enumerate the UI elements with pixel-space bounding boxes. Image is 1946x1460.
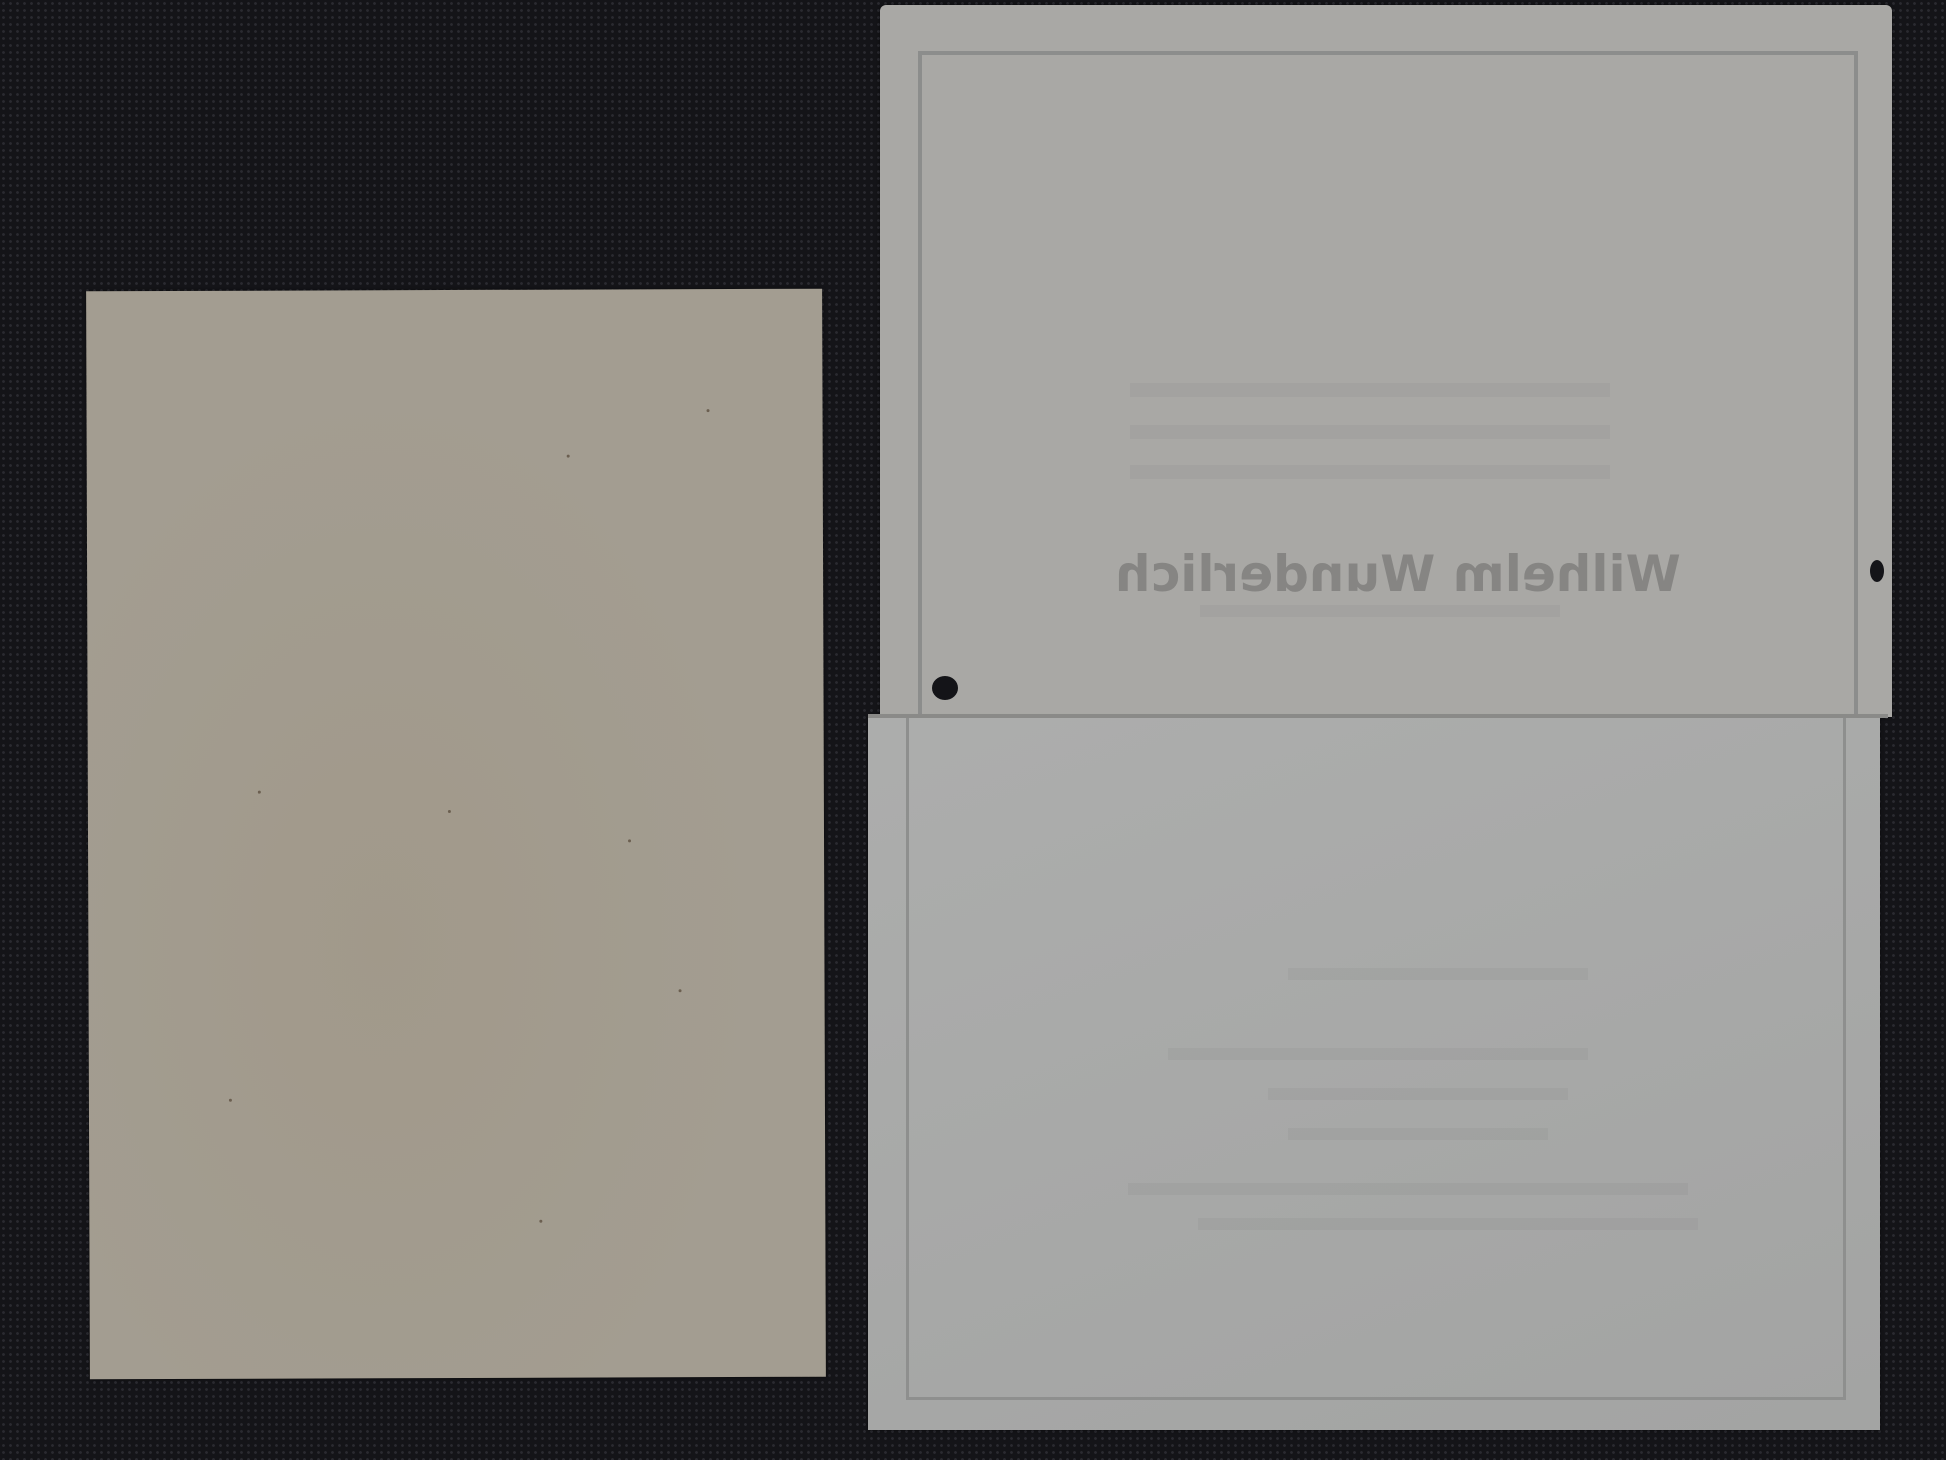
right-sheet-bottom-half <box>868 718 1880 1430</box>
right-sheet-top-half: Wilhelm Wunderlich <box>880 5 1892 717</box>
speck <box>628 839 631 842</box>
show-through-line <box>1268 1088 1568 1100</box>
speck <box>448 810 451 813</box>
show-through-line <box>1198 1218 1698 1230</box>
show-through-line <box>1128 1183 1688 1195</box>
show-through-line <box>1168 1048 1588 1060</box>
show-through-line <box>1200 605 1560 617</box>
show-through-line <box>1130 465 1610 479</box>
speck <box>567 455 570 458</box>
speck <box>707 409 710 412</box>
show-through-line <box>1288 1128 1548 1140</box>
speck <box>679 989 682 992</box>
speck <box>539 1220 542 1223</box>
speck <box>258 791 261 794</box>
paper-fold-crease <box>868 714 1888 718</box>
left-paper-card <box>86 289 826 1380</box>
show-through-line <box>1130 383 1610 397</box>
show-through-line <box>1288 968 1588 980</box>
paper-damage-hole <box>1870 560 1884 582</box>
speck <box>229 1099 232 1102</box>
show-through-line <box>1130 425 1610 439</box>
show-through-name: Wilhelm Wunderlich <box>1115 545 1681 603</box>
paper-damage-hole <box>932 676 958 700</box>
